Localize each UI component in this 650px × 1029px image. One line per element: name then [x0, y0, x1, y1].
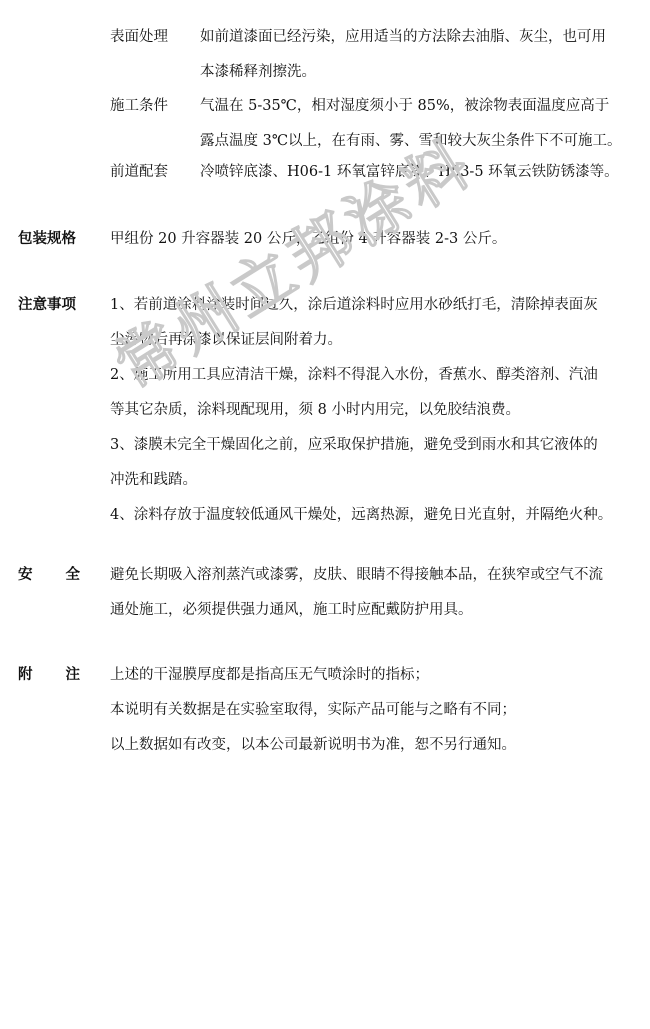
text-line: 如前道漆面已经污染，应用适当的方法除去油脂、灰尘，也可用 [200, 22, 640, 53]
precaution-item-1: 1、若前道涂料涂装时间过久，涂后道涂料时应用水砂纸打毛，清除掉表面灰 [110, 290, 640, 321]
packaging-label: 包装规格 [18, 224, 76, 255]
primer-system-label: 前道配套 [110, 157, 168, 188]
remarks-label-char-2: 注 [66, 660, 81, 691]
packaging-text: 甲组份 20 升容器装 20 公斤，乙组份 4 升容器装 2-3 公斤。 [110, 224, 640, 255]
precaution-item-2-cont: 等其它杂质，涂料现配现用，须 8 小时内用完，以免胶结浪费。 [110, 395, 640, 426]
text-line: 冷喷锌底漆、H06-1 环氧富锌底漆、H53-5 环氧云铁防锈漆等。 [200, 157, 640, 188]
text-line: 通处施工，必须提供强力通风，施工时应配戴防护用具。 [110, 595, 640, 626]
precaution-item-3-cont: 冲洗和践踏。 [110, 465, 640, 496]
precautions-label: 注意事项 [18, 290, 76, 321]
remarks-label: 附 注 [18, 660, 80, 691]
precaution-item-2: 2、施工所用工具应清洁干燥，涂料不得混入水份，香蕉水、醇类溶剂、汽油 [110, 360, 640, 391]
text-line: 气温在 5-35℃，相对湿度须小于 85%，被涂物表面温度应高于 [200, 91, 640, 122]
text-line: 避免长期吸入溶剂蒸汽或漆雾，皮肤、眼睛不得接触本品，在狭窄或空气不流 [110, 560, 640, 591]
primer-system-text: 冷喷锌底漆、H06-1 环氧富锌底漆、H53-5 环氧云铁防锈漆等。 [200, 157, 640, 188]
safety-text: 避免长期吸入溶剂蒸汽或漆雾，皮肤、眼睛不得接触本品，在狭窄或空气不流 通处施工，… [110, 560, 640, 626]
document-page: 表面处理 如前道漆面已经污染，应用适当的方法除去油脂、灰尘，也可用 本漆稀释剂擦… [0, 0, 650, 1029]
safety-label-char-2: 全 [66, 560, 81, 591]
application-conditions-text: 气温在 5-35℃，相对湿度须小于 85%，被涂物表面温度应高于 露点温度 3℃… [200, 91, 640, 157]
remarks-text: 上述的干湿膜厚度都是指高压无气喷涂时的指标； 本说明有关数据是在实验室取得，实际… [110, 660, 640, 761]
text-line: 甲组份 20 升容器装 20 公斤，乙组份 4 升容器装 2-3 公斤。 [110, 224, 640, 255]
remarks-label-char-1: 附 [18, 660, 33, 691]
safety-label: 安 全 [18, 560, 80, 591]
text-line: 以上数据如有改变，以本公司最新说明书为准，恕不另行通知。 [110, 730, 640, 761]
text-line: 露点温度 3℃以上，在有雨、雾、雪和较大灰尘条件下不可施工。 [200, 126, 640, 157]
precaution-item-3: 3、漆膜未完全干燥固化之前，应采取保护措施，避免受到雨水和其它液体的 [110, 430, 640, 461]
precaution-item-4: 4、涂料存放于温度较低通风干燥处，远离热源，避免日光直射，并隔绝火种。 [110, 500, 640, 531]
precaution-item-1-cont: 尘污物后再涂漆以保证层间附着力。 [110, 325, 640, 356]
text-line: 本漆稀释剂擦洗。 [200, 57, 640, 88]
text-line: 上述的干湿膜厚度都是指高压无气喷涂时的指标； [110, 660, 640, 691]
text-line: 本说明有关数据是在实验室取得，实际产品可能与之略有不同； [110, 695, 640, 726]
surface-treatment-text: 如前道漆面已经污染，应用适当的方法除去油脂、灰尘，也可用 本漆稀释剂擦洗。 [200, 22, 640, 88]
precautions-text: 1、若前道涂料涂装时间过久，涂后道涂料时应用水砂纸打毛，清除掉表面灰 尘污物后再… [110, 290, 640, 531]
surface-treatment-label: 表面处理 [110, 22, 168, 53]
application-conditions-label: 施工条件 [110, 91, 168, 122]
safety-label-char-1: 安 [18, 560, 33, 591]
